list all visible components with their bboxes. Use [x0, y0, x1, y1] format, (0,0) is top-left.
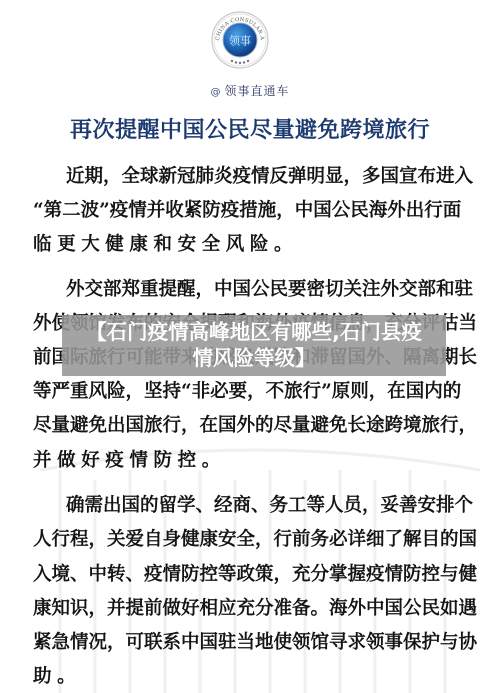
- paragraph-2-line-5: 尽量避免出国旅行，在国外的尽量避免长途跨境旅行，: [33, 414, 461, 438]
- overlay-caption-line-2: 情风险等级】: [62, 345, 446, 371]
- paragraph-3-line-4: 康知识，并提前做好相应充分准备。海外中国公民如遇: [33, 597, 461, 621]
- paragraph-1-line-3: 临更大健康和安全风险。: [33, 233, 461, 257]
- paragraph-2-line-6: 并做好疫情防控。: [33, 449, 461, 473]
- paragraph-1-line-1: 近期，全球新冠肺炎疫情反弹明显，多国宣布进入: [66, 165, 461, 189]
- at-icon: @: [210, 87, 221, 98]
- page-title: 再次提醒中国公民尽量避免跨境旅行: [0, 113, 500, 144]
- paragraph-3-line-3: 入境、中转、疫情防控等政策，充分掌握疫情防控与健: [33, 563, 461, 587]
- paragraph-3-line-2: 人行程，关爱自身健康安全，行前务必详细了解目的国: [33, 528, 461, 552]
- overlay-caption-line-1: 【石门疫情高峰地区有哪些,石门县疫: [62, 319, 446, 345]
- headline-overlay[interactable]: 【石门疫情高峰地区有哪些,石门县疫 情风险等级】: [62, 315, 446, 376]
- paragraph-3-line-5: 紧急情况，可联系中国驻当地使领馆寻求领事保护与协: [33, 631, 461, 655]
- paragraph-3-line-6: 助。: [33, 665, 461, 689]
- paragraph-2-line-1: 外交部郑重提醒，中国公民要密切关注外交部和驻: [66, 278, 461, 302]
- paragraph-1-line-2: “第二波”疫情并收紧防疫措施，中国公民海外出行面: [33, 199, 461, 223]
- overlay-caption[interactable]: 【石门疫情高峰地区有哪些,石门县疫 情风险等级】: [62, 319, 446, 371]
- handle-name: 领事直通车: [224, 84, 289, 98]
- emblem-icon: CHINA CONSULAR AFFAIRS 领事: [210, 10, 270, 70]
- svg-text:领事: 领事: [229, 34, 251, 48]
- paragraph-2-line-4: 等严重风险，坚持“非必要，不旅行”原则，在国内的: [33, 380, 461, 404]
- consular-affairs-logo: CHINA CONSULAR AFFAIRS 领事: [210, 10, 270, 70]
- paragraph-3-line-1: 确需出国的留学、经商、务工等人员，妥善安排个: [66, 494, 461, 518]
- account-handle: @领事直通车: [0, 82, 500, 99]
